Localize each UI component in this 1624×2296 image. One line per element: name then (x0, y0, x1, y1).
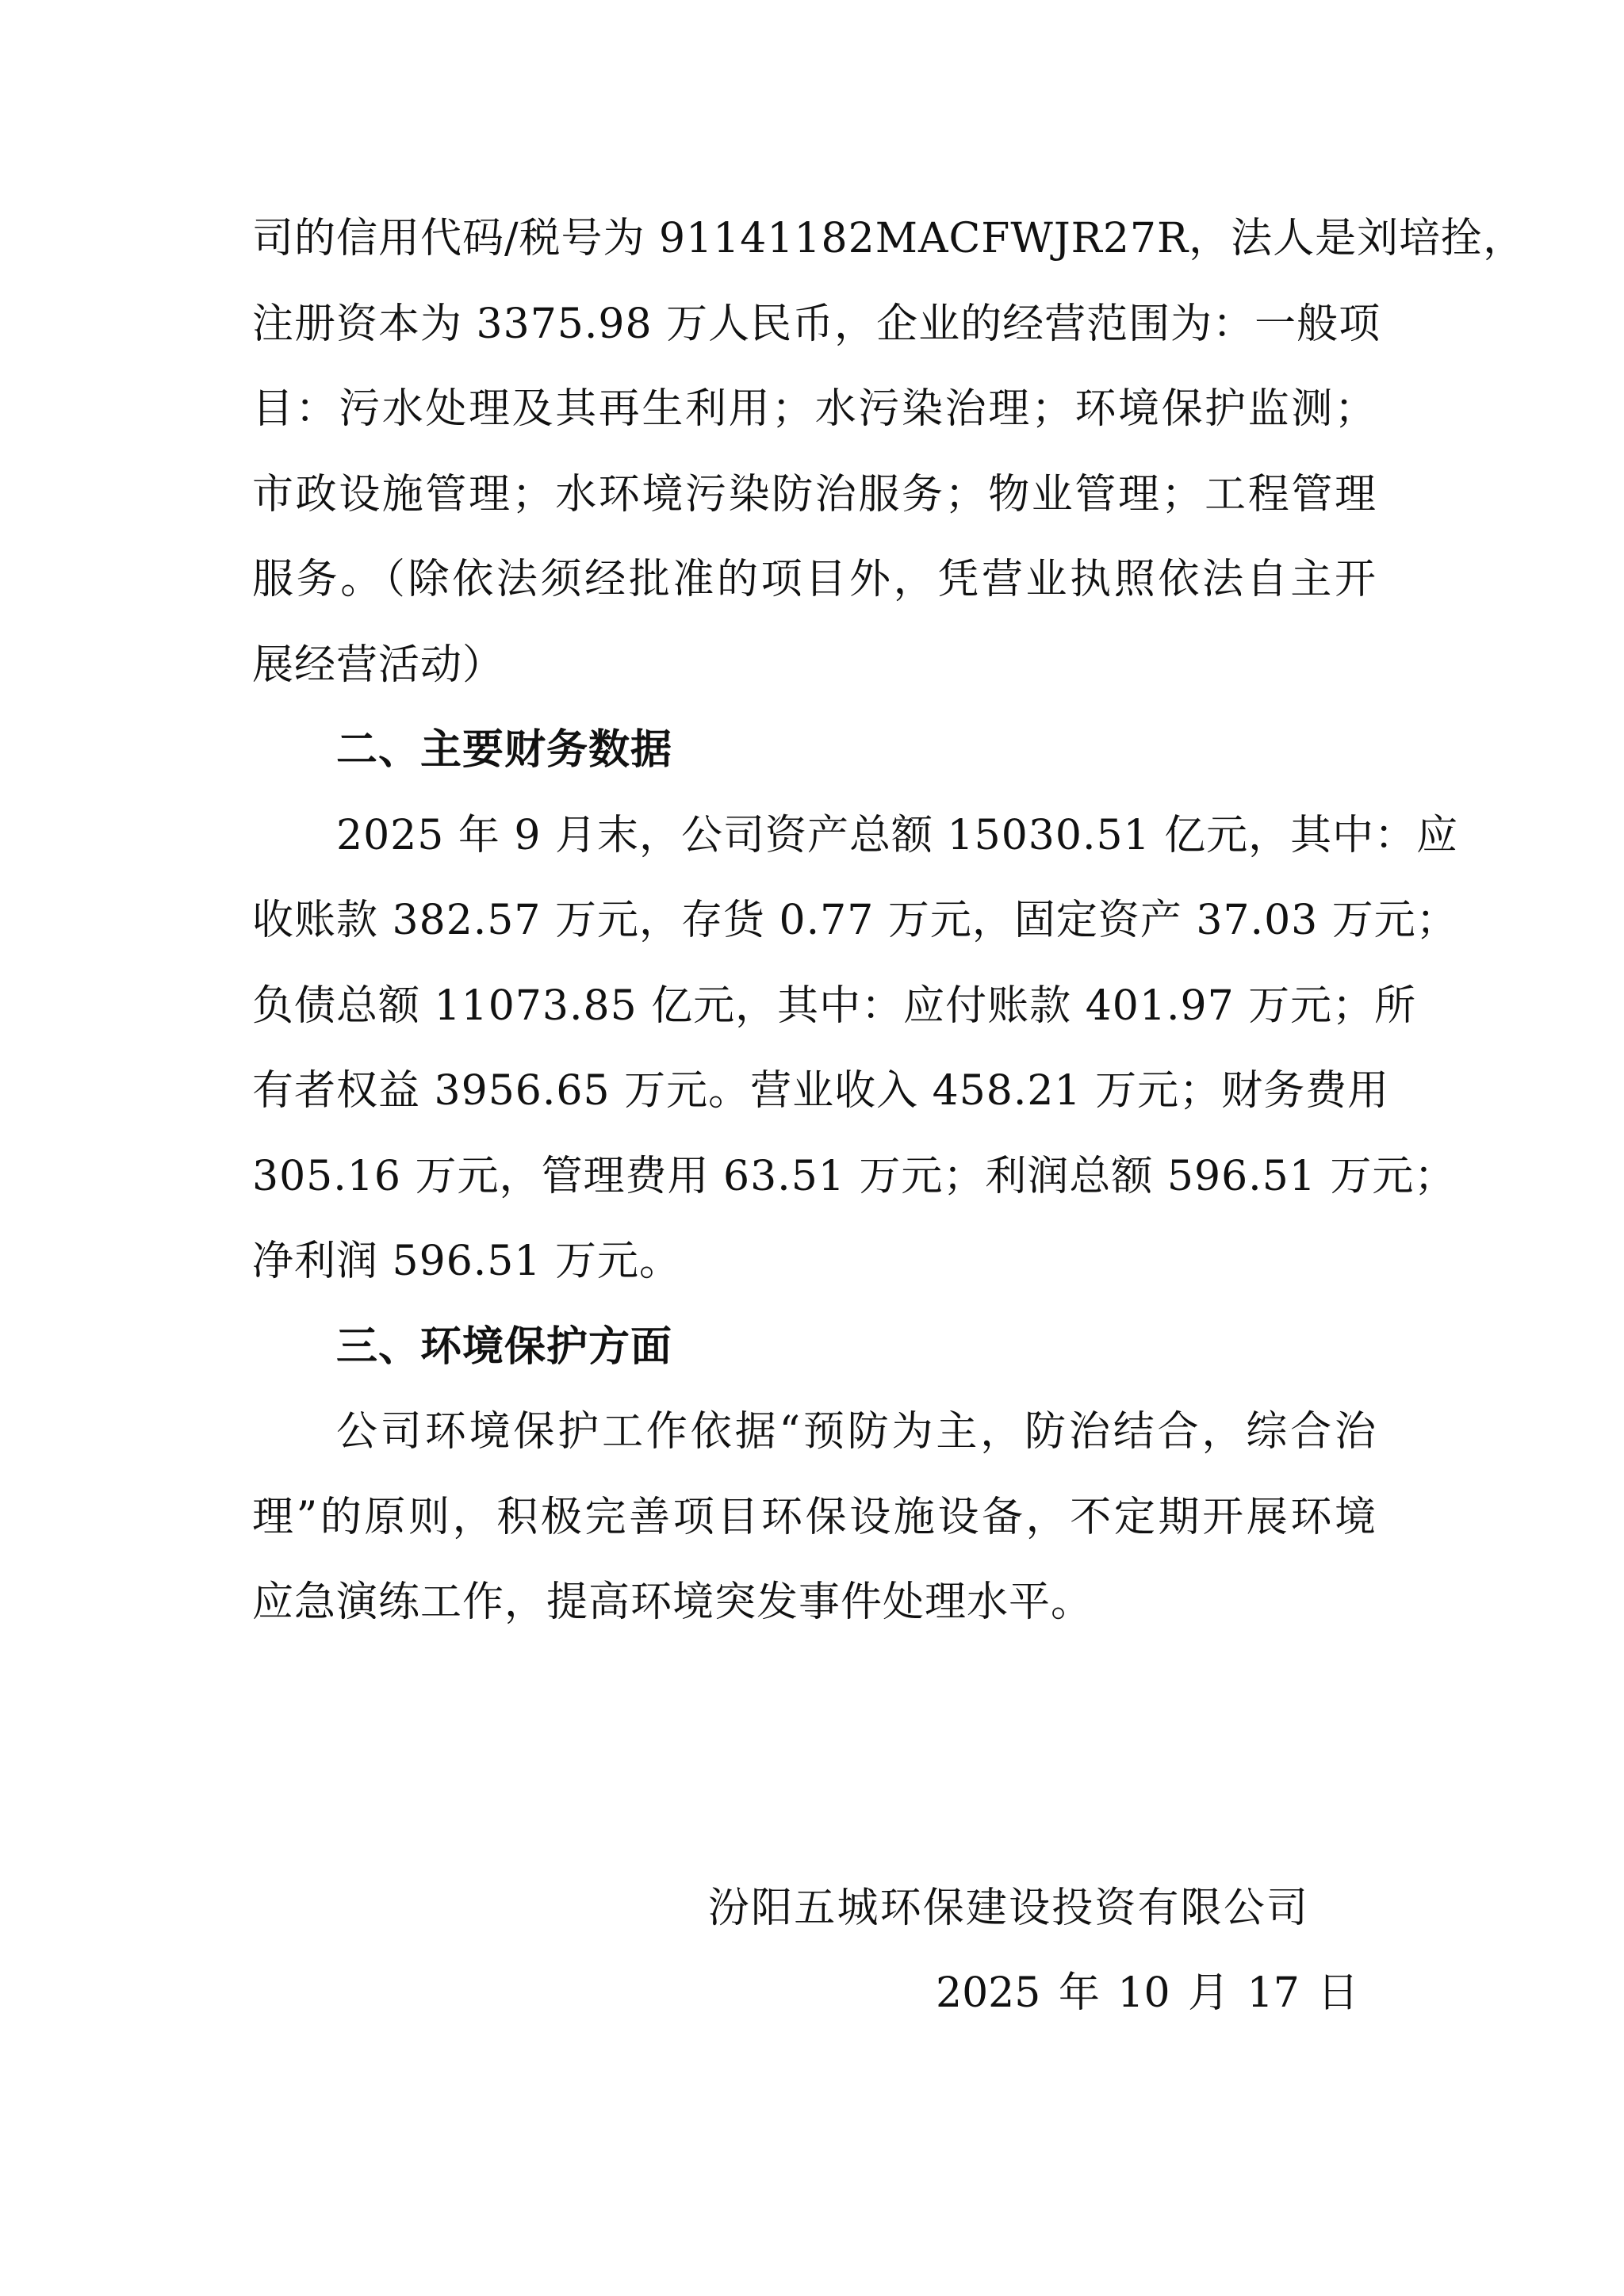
signature-date: 2025 年 10 月 17 日 (936, 1951, 1285, 2037)
paragraph-line: 服务。（除依法须经批准的项目外，凭营业执照依法自主开 (252, 538, 1377, 623)
company-info-paragraph: 司的信用代码/税号为 91141182MACFWJR27R，法人是刘培拴， 注册… (252, 197, 1377, 708)
document-body: 司的信用代码/税号为 91141182MACFWJR27R，法人是刘培拴， 注册… (252, 197, 1377, 1646)
section-heading-financial-data: 二、主要财务数据 (252, 708, 1377, 794)
section-heading-environmental-protection: 三、环境保护方面 (252, 1305, 1377, 1391)
paragraph-line: 展经营活动） (252, 623, 1377, 709)
paragraph-line: 负债总额 11073.85 亿元，其中：应付账款 401.97 万元；所 (252, 964, 1377, 1050)
paragraph-line: 理”的原则，积极完善项目环保设施设备，不定期开展环境 (252, 1475, 1377, 1561)
paragraph-line: 净利润 596.51 万元。 (252, 1219, 1377, 1305)
paragraph-line: 305.16 万元，管理费用 63.51 万元；利润总额 596.51 万元； (252, 1135, 1377, 1220)
paragraph-line: 市政设施管理；水环境污染防治服务；物业管理；工程管理 (252, 453, 1377, 538)
paragraph-line: 司的信用代码/税号为 91141182MACFWJR27R，法人是刘培拴， (252, 197, 1377, 282)
paragraph-line: 2025 年 9 月末，公司资产总额 15030.51 亿元，其中：应 (252, 794, 1377, 879)
paragraph-line: 公司环境保护工作依据“预防为主，防治结合，综合治 (252, 1390, 1377, 1475)
paragraph-line: 有者权益 3956.65 万元。营业收入 458.21 万元；财务费用 (252, 1049, 1377, 1135)
paragraph-line: 收账款 382.57 万元，存货 0.77 万元，固定资产 37.03 万元； (252, 878, 1377, 964)
financial-data-paragraph: 2025 年 9 月末，公司资产总额 15030.51 亿元，其中：应 收账款 … (252, 794, 1377, 1305)
paragraph-line: 目：污水处理及其再生利用；水污染治理；环境保护监测； (252, 367, 1377, 453)
paragraph-line: 注册资本为 3375.98 万人民币，企业的经营范围为：一般项 (252, 282, 1377, 368)
document-page: 司的信用代码/税号为 91141182MACFWJR27R，法人是刘培拴， 注册… (0, 0, 1624, 2296)
paragraph-line: 应急演练工作，提高环境突发事件处理水平。 (252, 1560, 1377, 1646)
signature-company-name: 汾阳五城环保建设投资有限公司 (708, 1866, 1308, 1952)
environmental-protection-paragraph: 公司环境保护工作依据“预防为主，防治结合，综合治 理”的原则，积极完善项目环保设… (252, 1390, 1377, 1646)
